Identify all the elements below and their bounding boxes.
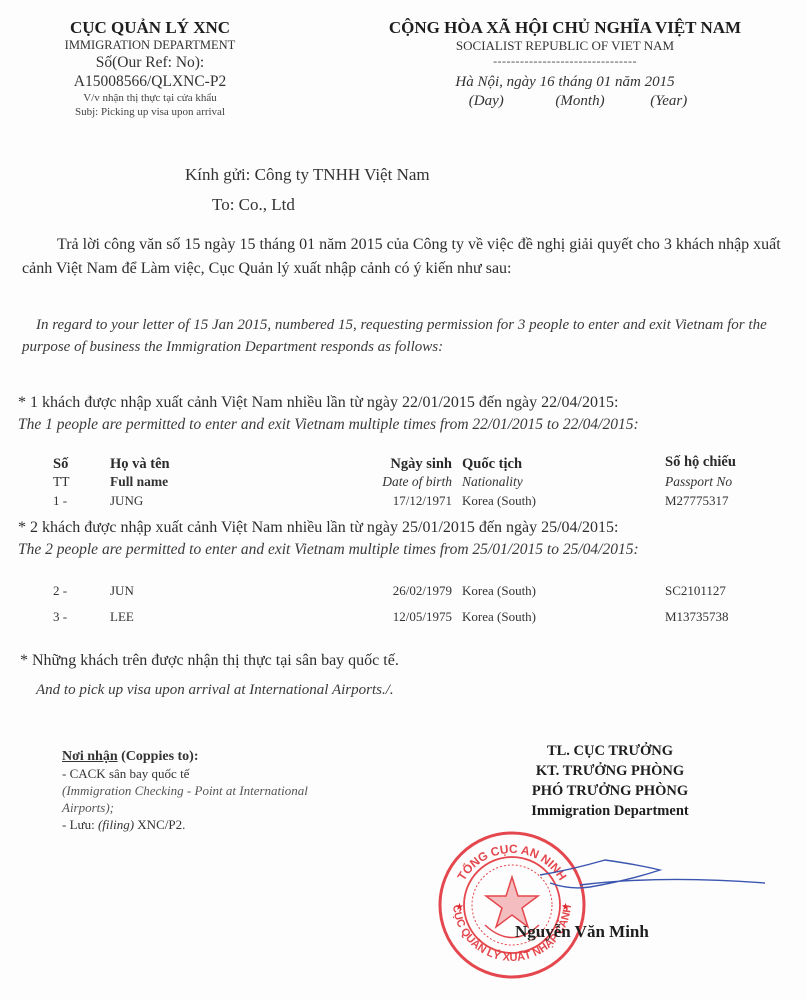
date-label-month: (Month) <box>530 92 630 110</box>
signature-title-4: Immigration Department <box>470 801 750 821</box>
copies-line-3-prefix: - Lưu: <box>62 817 98 832</box>
republic-name-en: SOCIALIST REPUBLIC OF VIET NAM <box>330 38 800 54</box>
row-passport: M27775317 <box>665 493 729 509</box>
th-no-vn: Số <box>53 455 68 473</box>
row-no: 1 - <box>53 493 67 509</box>
recipient-en: To: Co., Ltd <box>185 190 430 220</box>
body-paragraph-en: In regard to your letter of 15 Jan 2015,… <box>22 314 782 358</box>
row-no: 3 - <box>53 609 67 625</box>
row-name: JUN <box>110 583 134 599</box>
subject-en: Subj: Picking up visa upon arrival <box>40 105 260 119</box>
copies-line-3: - Lưu: (filing) XNC/P2. <box>62 816 322 833</box>
th-passport-vn: Số hộ chiếu <box>665 453 736 471</box>
row-dob: 12/05/1975 <box>360 609 452 625</box>
row-passport: M13735738 <box>665 609 729 625</box>
permit-group-2-en: The 2 people are permitted to enter and … <box>18 540 639 560</box>
row-passport: SC2101127 <box>665 583 726 599</box>
row-nationality: Korea (South) <box>462 609 536 625</box>
document-date: Hà Nội, ngày 16 tháng 01 năm 2015 <box>330 72 800 92</box>
signature-block: TL. CỤC TRƯỞNG KT. TRƯỞNG PHÒNG PHÓ TRƯỞ… <box>470 741 750 821</box>
copies-line-1: - CACK sân bay quốc tế <box>62 765 322 782</box>
th-no-en: TT <box>53 474 70 490</box>
copies-line-3-ital: (filing) <box>98 817 134 832</box>
recipient-vn: Kính gửi: Công ty TNHH Việt Nam <box>185 160 430 190</box>
th-dob-en: Date of birth <box>360 474 452 490</box>
republic-name-vn: CỘNG HÒA XÃ HỘI CHỦ NGHĨA VIỆT NAM <box>330 18 800 38</box>
row-dob: 26/02/1979 <box>360 583 452 599</box>
row-nationality: Korea (South) <box>462 493 536 509</box>
permit-group-1-en: The 1 people are permitted to enter and … <box>18 415 639 435</box>
copies-title-en: (Coppies to): <box>118 749 199 764</box>
th-passport-en: Passport No <box>665 474 732 490</box>
issuer-header: CỤC QUẢN LÝ XNC IMMIGRATION DEPARTMENT S… <box>40 18 260 119</box>
copies-to: Nơi nhận (Coppies to): - CACK sân bay qu… <box>62 748 322 833</box>
copies-title-vn: Nơi nhận <box>62 749 118 764</box>
issuer-name-vn: CỤC QUẢN LÝ XNC <box>40 18 260 38</box>
signer-name: Nguyễn Văn Minh <box>515 922 649 942</box>
issuer-name-en: IMMIGRATION DEPARTMENT <box>40 38 260 53</box>
copies-title: Nơi nhận (Coppies to): <box>62 748 322 765</box>
header-divider: -------------------------------- <box>330 54 800 68</box>
date-labels: (Day) (Month) (Year) <box>330 92 800 110</box>
row-name: LEE <box>110 609 134 625</box>
handwritten-signature-icon <box>530 855 770 905</box>
th-nationality-en: Nationality <box>462 474 523 490</box>
permit-group-1-vn: * 1 khách được nhập xuất cảnh Việt Nam n… <box>18 393 618 413</box>
signature-title-3: PHÓ TRƯỞNG PHÒNG <box>470 781 750 801</box>
reference-number: A15008566/QLXNC-P2 <box>40 72 260 91</box>
closing-vn: * Những khách trên được nhận thị thực tạ… <box>20 651 399 671</box>
closing-en: And to pick up visa upon arrival at Inte… <box>36 680 394 700</box>
permit-group-2-vn: * 2 khách được nhập xuất cảnh Việt Nam n… <box>18 518 618 538</box>
row-dob: 17/12/1971 <box>360 493 452 509</box>
th-dob-vn: Ngày sinh <box>360 455 452 473</box>
body-paragraph-vn: Trả lời công văn số 15 ngày 15 tháng 01 … <box>22 233 782 281</box>
th-nationality-vn: Quốc tịch <box>462 455 522 473</box>
copies-line-3-suffix: XNC/P2. <box>134 817 185 832</box>
row-no: 2 - <box>53 583 67 599</box>
reference-label: Số(Our Ref: No): <box>40 53 260 72</box>
copies-line-2: (Immigration Checking - Point at Interna… <box>62 782 322 816</box>
date-label-day: (Day) <box>446 92 526 110</box>
official-seal-icon: TỔNG CỤC AN NINH CỤC QUẢN LÝ XUẤT NHẬP C… <box>437 830 587 980</box>
recipient: Kính gửi: Công ty TNHH Việt Nam To: Co.,… <box>185 160 430 220</box>
th-name-en: Full name <box>110 474 168 490</box>
row-nationality: Korea (South) <box>462 583 536 599</box>
signature-title-1: TL. CỤC TRƯỞNG <box>470 741 750 761</box>
th-name-vn: Họ và tên <box>110 455 170 473</box>
date-label-year: (Year) <box>634 92 704 110</box>
subject-vn: V/v nhận thị thực tại cửa khẩu <box>40 91 260 105</box>
seal-star-left: ★ <box>455 902 464 913</box>
row-name: JUNG <box>110 493 143 509</box>
republic-header: CỘNG HÒA XÃ HỘI CHỦ NGHĨA VIỆT NAM SOCIA… <box>330 18 800 110</box>
signature-title-2: KT. TRƯỞNG PHÒNG <box>470 761 750 781</box>
